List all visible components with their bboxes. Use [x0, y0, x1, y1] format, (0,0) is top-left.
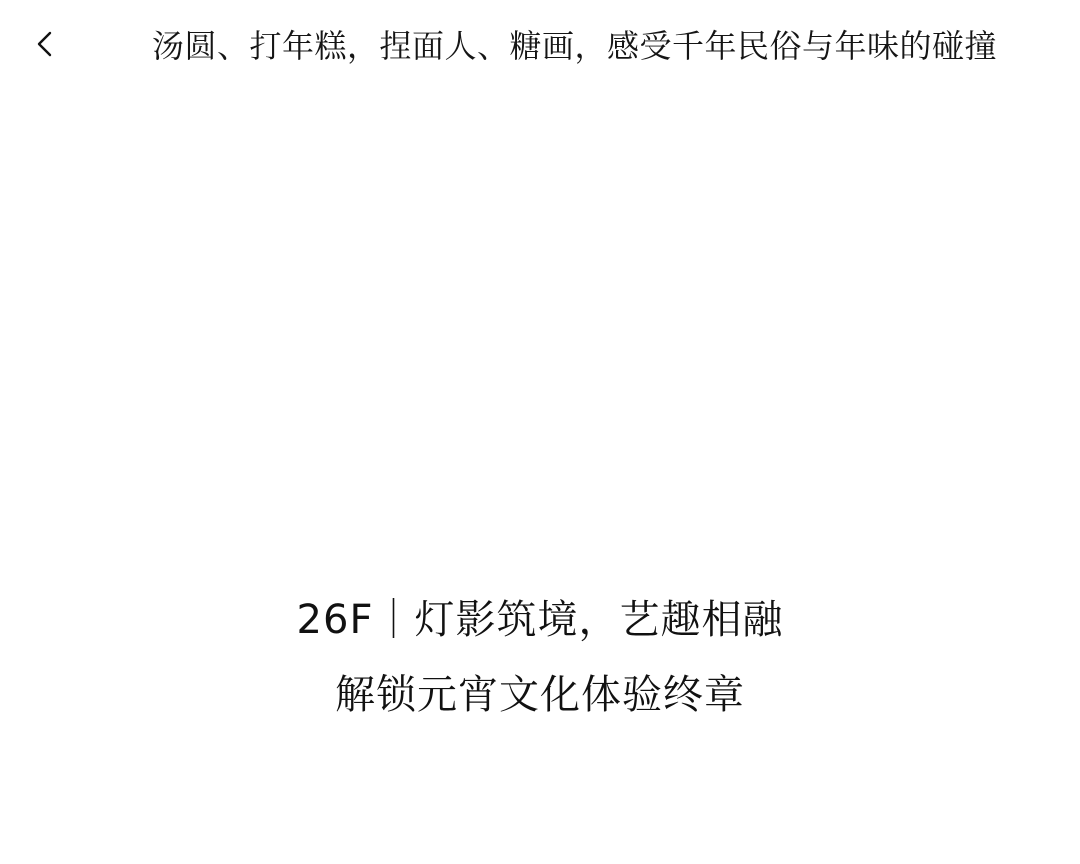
chevron-left-icon — [35, 30, 53, 62]
top-nav-bar: 汤圆、打年糕，捏面人、糖画，感受千年民俗与年味的碰撞 — [0, 0, 1080, 95]
back-button[interactable] — [26, 26, 62, 66]
section-headline: 26F｜灯影筑境，艺趣相融 — [0, 594, 1080, 646]
page-title: 汤圆、打年糕，捏面人、糖画，感受千年民俗与年味的碰撞 — [152, 24, 1062, 68]
article-content — [0, 95, 1080, 864]
section-subheadline: 解锁元宵文化体验终章 — [0, 669, 1080, 721]
